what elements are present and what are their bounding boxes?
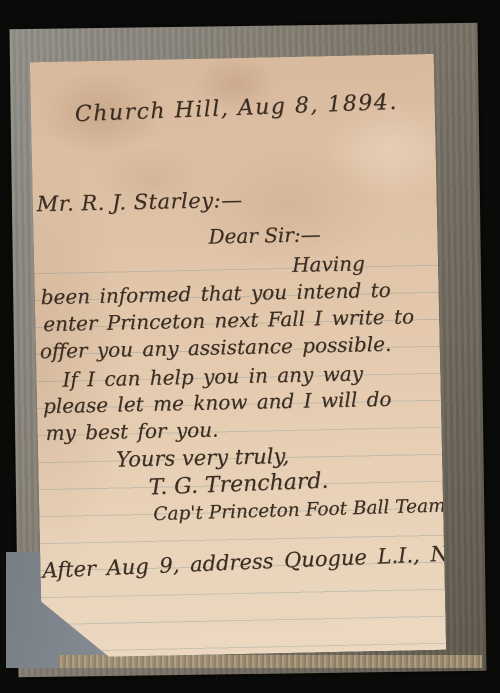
recipient-line: Mr. R. J. Starley:— <box>37 188 243 216</box>
body-line: my best for you. <box>45 417 218 445</box>
body-line: please let me know and I will do <box>43 387 392 418</box>
salutation-line: Dear Sir:— <box>208 222 321 248</box>
body-line: offer you any assistance possible. <box>40 332 392 363</box>
body-line: Having <box>292 251 365 277</box>
postscript-line: After Aug 9, address Quogue L.I., N.Y. <box>42 541 472 583</box>
signature-title-line: Cap't Princeton Foot Ball Team. <box>153 495 452 525</box>
backing-frayed-edge <box>58 655 482 668</box>
dateline: Church Hill, Aug 8, 1894. <box>74 90 398 127</box>
signature-line: T. G. Trenchard. <box>148 469 329 501</box>
letter-paper: Church Hill, Aug 8, 1894. Mr. R. J. Star… <box>30 54 446 658</box>
closing-line: Yours very truly, <box>116 444 290 472</box>
body-line: If I can help you in any way <box>62 361 363 391</box>
body-line: been informed that you intend to <box>40 278 390 309</box>
body-line: enter Princeton next Fall I write to <box>43 304 414 336</box>
letter-scan: Church Hill, Aug 8, 1894. Mr. R. J. Star… <box>0 0 500 693</box>
